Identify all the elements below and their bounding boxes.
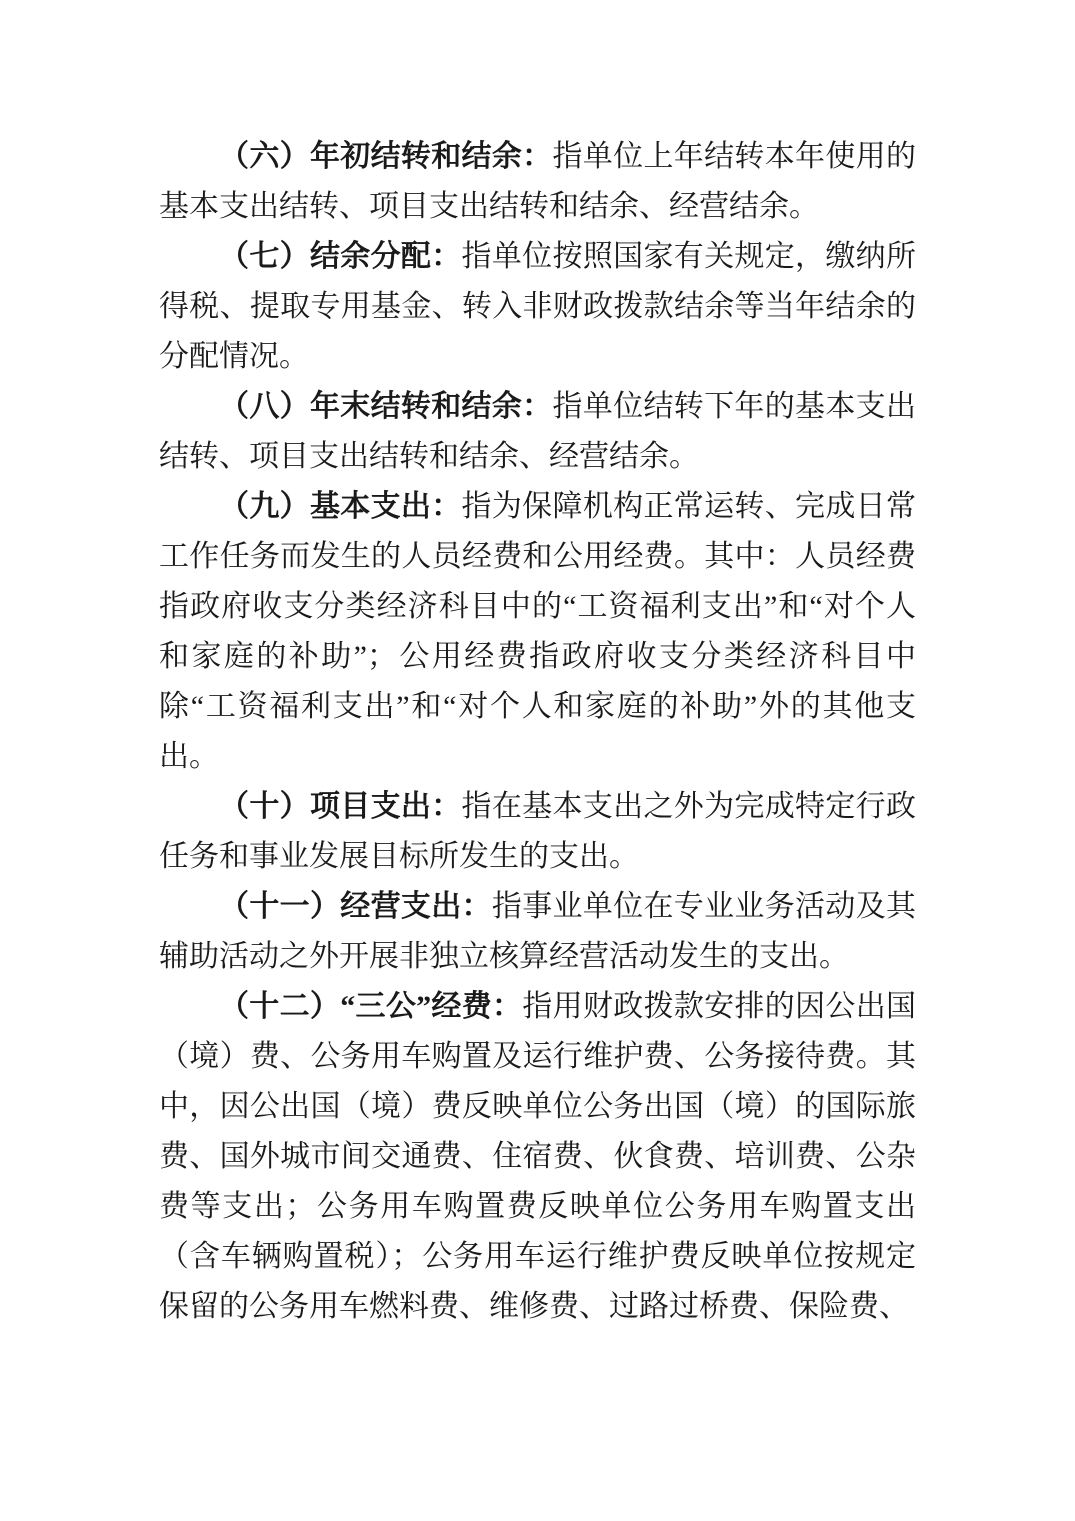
document-page: （六）年初结转和结余：指单位上年结转本年使用的基本支出结转、项目支出结转和结余、… bbox=[0, 0, 1075, 1521]
term-definition: 指为保障机构正常运转、完成日常工作任务而发生的人员经费和公用经费。其中：人员经费… bbox=[159, 490, 916, 773]
paragraph-term-8: （八）年末结转和结余：指单位结转下年的基本支出结转、项目支出结转和结余、经营结余… bbox=[159, 382, 916, 482]
term-label: （十一）经营支出： bbox=[219, 890, 492, 923]
paragraph-term-11: （十一）经营支出：指事业单位在专业业务活动及其辅助活动之外开展非独立核算经营活动… bbox=[159, 882, 916, 982]
paragraph-term-12: （十二）“三公”经费：指用财政拨款安排的因公出国（境）费、公务用车购置及运行维护… bbox=[159, 982, 916, 1332]
term-label: （十）项目支出： bbox=[219, 790, 462, 823]
paragraph-term-9: （九）基本支出：指为保障机构正常运转、完成日常工作任务而发生的人员经费和公用经费… bbox=[159, 482, 916, 782]
paragraph-term-6: （六）年初结转和结余：指单位上年结转本年使用的基本支出结转、项目支出结转和结余、… bbox=[159, 132, 916, 232]
term-label: （十二）“三公”经费： bbox=[219, 990, 522, 1023]
paragraph-term-7: （七）结余分配：指单位按照国家有关规定，缴纳所得税、提取专用基金、转入非财政拨款… bbox=[159, 232, 916, 382]
term-label: （九）基本支出： bbox=[219, 490, 462, 523]
term-label: （八）年末结转和结余： bbox=[219, 390, 553, 423]
document-text-block: （六）年初结转和结余：指单位上年结转本年使用的基本支出结转、项目支出结转和结余、… bbox=[159, 132, 916, 1332]
term-label: （七）结余分配： bbox=[219, 240, 462, 273]
paragraph-term-10: （十）项目支出：指在基本支出之外为完成特定行政任务和事业发展目标所发生的支出。 bbox=[159, 782, 916, 882]
term-definition: 指用财政拨款安排的因公出国（境）费、公务用车购置及运行维护费、公务接待费。其中，… bbox=[159, 990, 916, 1323]
term-label: （六）年初结转和结余： bbox=[219, 140, 553, 173]
